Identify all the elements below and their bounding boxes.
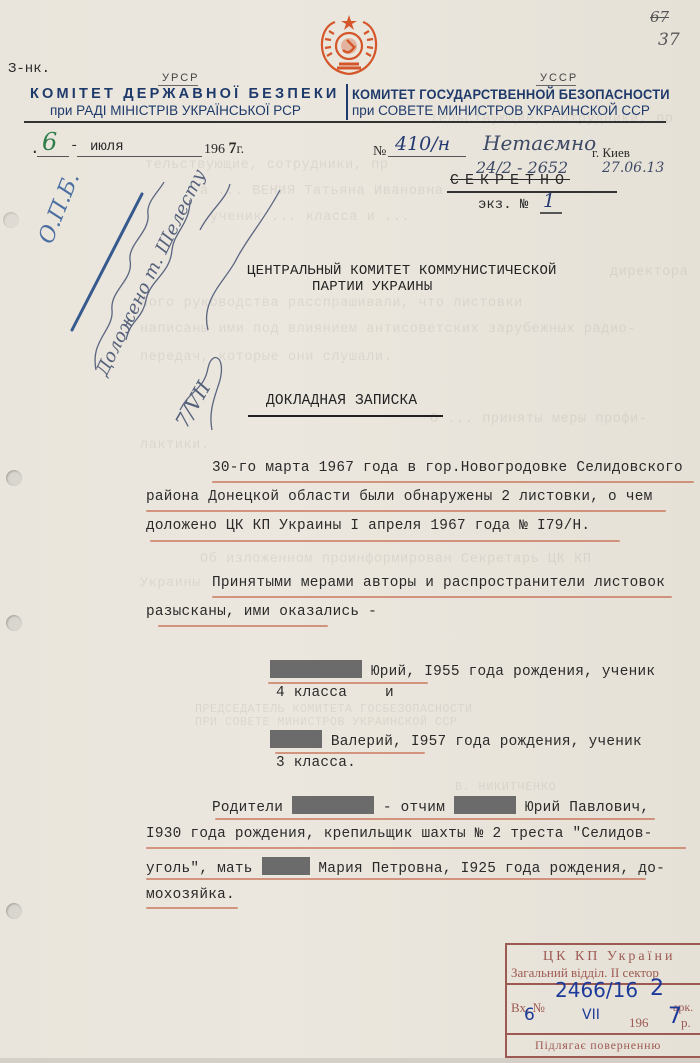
- date-month: июля: [90, 139, 124, 155]
- bleed-through-text: О ... приняты меры профи-: [430, 412, 648, 427]
- bleed-through-text: ПРЕДСЕДАТЕЛЬ КОМИТЕТА ГОСБЕЗОПАСНОСТИ: [195, 703, 473, 716]
- bleed-through-text: ПРИ СОВЕТЕ МИНИСТРОВ УКРАИНСКОЙ ССР: [195, 716, 458, 729]
- red-underline: [212, 481, 694, 483]
- body-text: I930 года рождения, крепильщик шахты № 2…: [146, 826, 653, 842]
- redacted-surname: [454, 796, 516, 814]
- redacted-surname: [292, 796, 374, 814]
- number-line: [388, 156, 466, 157]
- red-underline: [146, 510, 666, 512]
- person-entry: Юрий, I955 года рождения, ученик: [270, 660, 655, 680]
- organization-name-ukr: КОМІТЕТ ДЕРЖАВНОЇ БЕЗПЕКИ: [30, 86, 340, 102]
- stamp-org: ЦК КП України: [543, 949, 700, 965]
- conjunction: и: [385, 685, 394, 701]
- person-class: 3 класса.: [276, 755, 356, 771]
- copy-number-line: [540, 212, 562, 214]
- stamp-day: 6: [524, 1005, 535, 1025]
- red-underline: [146, 847, 686, 849]
- body-text: разысканы, ими оказались -: [146, 604, 377, 620]
- punch-hole: [6, 470, 22, 486]
- stamp-year-suffix: р.: [681, 1015, 700, 1031]
- punch-hole: [6, 615, 22, 631]
- letterhead-rule: [24, 121, 666, 123]
- city: г. Киев: [592, 145, 630, 161]
- republic-label-ukr: УРСР: [162, 72, 199, 84]
- red-underline: [212, 596, 672, 598]
- red-underline: [158, 625, 328, 627]
- redacted-surname: [262, 857, 310, 875]
- date-day-line: [37, 156, 69, 157]
- republic-label-rus: УССР: [540, 72, 578, 84]
- stamp-footer: Підлягає поверненню: [535, 1038, 700, 1053]
- page-number-crossed: 67: [650, 8, 669, 26]
- page-number: 37: [658, 30, 680, 50]
- red-underline: [268, 682, 428, 684]
- body-text: мохозяйка.: [146, 887, 235, 903]
- document-number: 410/н: [395, 133, 450, 155]
- document-title: ДОКЛАДНАЯ ЗАПИСКА: [266, 393, 417, 409]
- body-text: района Донецкой области были обнаружены …: [146, 489, 653, 505]
- bleed-through-text: В. НИКИТЧЕНКО: [455, 780, 556, 794]
- person-class: 4 класса: [276, 685, 347, 701]
- declassified-note: Нетаємно: [483, 131, 596, 155]
- body-text: Родители - отчим Юрий Павлович,: [212, 796, 649, 816]
- punch-hole: [6, 903, 22, 919]
- stamp-year-digit: 7: [668, 1004, 682, 1029]
- red-underline: [146, 907, 238, 909]
- bleed-through-text: Украины: [140, 576, 201, 591]
- title-underline: [248, 415, 443, 417]
- document-page: тельствующие, сотрудники, пр тельствующи…: [0, 0, 700, 1063]
- body-text: Принятыми мерами авторы и распространите…: [212, 575, 665, 591]
- organization-subordination-rus: при СОВЕТЕ МИНИСТРОВ УКРАИНСКОЙ ССР: [352, 103, 650, 118]
- number-label: №: [373, 144, 386, 160]
- copy-label: экз. №: [478, 197, 528, 213]
- bleed-through-text: директора: [610, 265, 688, 280]
- copy-number: 1: [543, 190, 555, 212]
- document-code: З-нк.: [8, 61, 50, 77]
- body-text: 30-го марта 1967 года в гор.Новогродовке…: [212, 460, 683, 476]
- bleed-through-text: Об изложенном проинформирован Секретарь …: [200, 552, 592, 567]
- red-underline: [146, 878, 646, 880]
- organization-subordination-ukr: при РАДІ МІНІСТРІВ УКРАЇНСЬКОЇ РСР: [50, 103, 301, 118]
- page-bottom-edge: [0, 1058, 700, 1063]
- stamp-sheets: 2: [650, 976, 664, 1001]
- red-underline: [150, 540, 620, 542]
- organization-name-rus: КОМИТЕТ ГОСУДАРСТВЕННОЙ БЕЗОПАСНОСТИ: [352, 86, 670, 102]
- redacted-surname: [270, 660, 362, 678]
- person-entry: Валерий, I957 года рождения, ученик: [270, 730, 642, 750]
- date-day: 6: [42, 128, 57, 156]
- punch-hole: [3, 212, 19, 228]
- red-underline: [215, 818, 655, 820]
- declassification-date: 27.06.13: [602, 160, 664, 176]
- letterhead-divider: [346, 84, 348, 120]
- classification-rule: [447, 191, 617, 193]
- redacted-surname: [270, 730, 322, 748]
- stamp-month: VII: [582, 1007, 600, 1023]
- addressee-line2: ПАРТИИ УКРАИНЫ: [312, 279, 432, 295]
- bleed-through-text: тельствующие, сотрудники, пр: [145, 158, 389, 173]
- addressee-line1: ЦЕНТРАЛЬНЫЙ КОМИТЕТ КОММУНИСТИЧЕСКОЙ: [247, 263, 557, 279]
- date-year: 196 7г.: [204, 140, 244, 158]
- classification-label: СЕКРЕТНО: [450, 172, 570, 189]
- handwritten-annotations: [30, 180, 290, 440]
- bleed-through-text: лактики.: [140, 438, 210, 453]
- date-month-line: [77, 156, 202, 157]
- body-text: доложено ЦК КП Украины I апреля 1967 год…: [146, 518, 590, 534]
- stamp-in-number: 2466/16: [555, 978, 638, 1002]
- red-underline: [275, 752, 425, 754]
- coat-of-arms-emblem: [317, 12, 381, 78]
- body-text: уголь", мать Мария Петровна, I925 года р…: [146, 857, 665, 877]
